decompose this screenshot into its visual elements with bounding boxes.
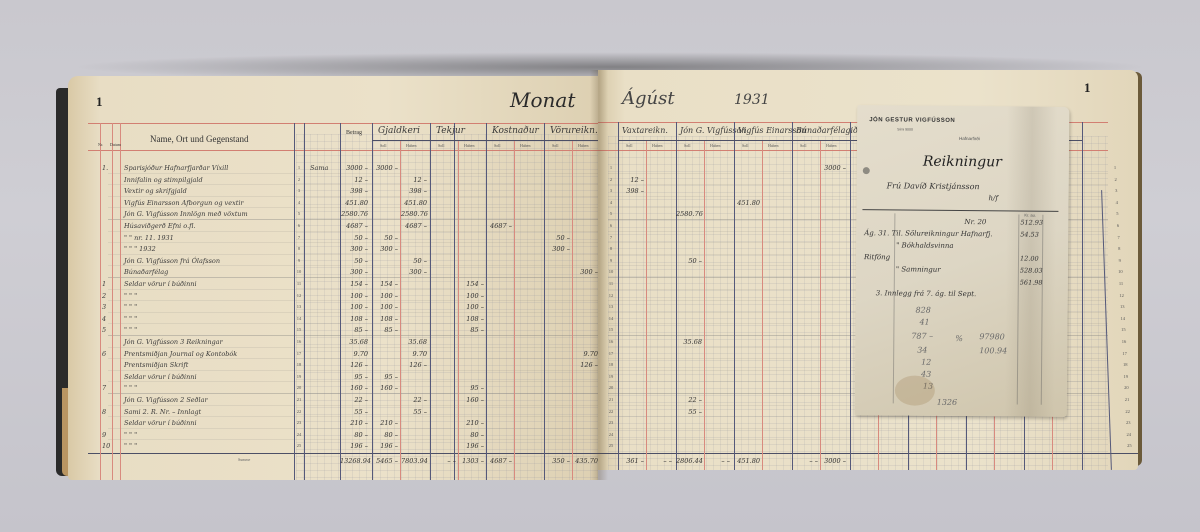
row-description: Sami 2. R. Nr. – Innlagt [124,408,201,416]
total-c2h: 1303 – [458,457,484,465]
soll-label: Soll [684,143,690,148]
account-header-rule [486,140,544,141]
soll-label: Soll [552,143,558,148]
row-c1h: 35.68 [401,338,427,346]
row-c2h: 210 – [458,419,484,427]
soll-haben-divider [514,140,515,480]
row-c3s: 4687 – [486,222,512,230]
row-betrag: 85 – [340,326,368,334]
row-number: 15 [294,327,304,332]
row-number: 23 [294,420,304,425]
account-column-line [792,122,793,470]
book-gutter [590,70,608,480]
row-c2h: 196 – [458,442,484,450]
total-c1s: 361 – [618,457,644,465]
pencil-note: 828 [916,306,931,315]
total-c1h: 7803.94 [401,457,427,465]
row-description: Seldar vörur í búðinni [124,280,197,288]
entry-number: 2 [102,292,106,300]
row-number: 4 [294,200,304,205]
row-description: Seldar vörur í búðinni [124,373,197,381]
row-c1h: 126 – [401,361,427,369]
row-c1h: 4687 – [401,222,427,230]
haben-label: Haben [406,143,416,148]
pencil-note: 12 [921,358,931,367]
soll-label: Soll [494,143,500,148]
row-number-right: 6 [1113,223,1123,228]
row-rule [608,439,1108,440]
pencil-note: 97980 [979,332,1005,341]
row-description: " " " [124,315,137,323]
row-number-right: 5 [1112,211,1122,216]
invoice-line-amount: 561.98 [1020,279,1043,287]
invoice-addressee-line2: h/f [989,194,999,202]
total-c1h: – – [646,457,672,465]
row-number-right: 17 [1120,351,1130,356]
row-betrag: 160 – [340,384,368,392]
row-number: 17 [294,351,304,356]
account-column-line [850,122,851,470]
invoice-line-amount: 528.03 [1020,267,1043,275]
entry-number: 9 [102,431,106,439]
row-c1s: 3000 – [372,164,398,172]
row-betrag: 50 – [340,234,368,242]
row-number: 21 [294,397,304,402]
pencil-note: 41 [919,318,929,327]
account-header-rule [734,140,792,141]
invoice-line-amount: 12.00 [1020,255,1039,263]
total-c3s: 451.80 [734,457,760,465]
row-description: " " nr. 11. 1931 [124,234,174,242]
row-rule [108,335,598,336]
soll-label: Soll [380,143,386,148]
row-rule [108,428,598,429]
row-number: 25 [294,443,304,448]
row-c1s: 50 – [372,234,398,242]
entry-c2s: 50 – [676,257,702,265]
row-description: Prentsmiðjan Skrift [124,361,188,369]
entry-number: 4 [102,315,106,323]
soll-haben-divider [820,140,821,470]
row-number-right: 16 [1119,339,1129,344]
row-number: 16 [294,339,304,344]
row-description: Prentsmiðjan Journal og Kontobók [124,350,237,358]
total-label: Summe [238,457,250,462]
entry-c2s: 55 – [676,408,702,416]
row-number-right: 2 [1111,177,1121,182]
row-c1s: 300 – [372,245,398,253]
haben-label: Haben [578,143,588,148]
row-description: " " " [124,303,137,311]
row-number-right: 20 [1121,385,1131,390]
invoice-place: Hafnarfirði [959,136,980,141]
row-rule [108,184,598,185]
soll-haben-divider [646,140,647,470]
entry-c3s: 451.80 [734,199,760,207]
total-rule [598,453,1138,454]
soll-label: Soll [800,143,806,148]
row-rule [108,196,598,197]
soll-label: Soll [438,143,444,148]
row-c1h: 12 – [401,176,427,184]
row-rule [108,207,598,208]
month-value: Ágúst [622,88,675,109]
row-rule [108,254,598,255]
account-header-3: Búnaðarfélagið [796,126,858,135]
account-column-line [430,123,431,480]
account-column-line [544,123,545,480]
row-number: 18 [294,362,304,367]
margin-line [112,123,113,480]
pencil-note: 100.94 [979,346,1007,355]
row-number-right: 22 [1123,409,1133,414]
row-number: 20 [294,385,304,390]
row-number-right: 21 [1122,397,1132,402]
row-betrag: 9.70 [340,350,368,358]
row-betrag: 210 – [340,419,368,427]
row-rule [108,358,598,359]
total-c1s: 5465 – [372,457,398,465]
row-number: 1 [294,165,304,170]
row-c1s: 154 – [372,280,398,288]
row-description: " " " [124,326,137,334]
row-number-right: 19 [1121,374,1131,379]
row-rule [108,300,598,301]
row-c1s: 95 – [372,373,398,381]
entry-number: 5 [102,326,106,334]
total-c4s: 350 – [544,457,570,465]
row-betrag: 50 – [340,257,368,265]
row-description: Jón G. Vigfússon 3 Reikningar [124,338,223,346]
entry-number: 1. [102,164,108,172]
row-betrag: 95 – [340,373,368,381]
account-header-0: Vaxtareikn. [622,126,668,135]
total-c3s: 4687 – [486,457,512,465]
row-betrag: 196 – [340,442,368,450]
row-c1h: 2580.76 [401,210,427,218]
ledger-left-page: 1 GjaldkeriSollHabenTekjurSollHabenKostn… [68,76,598,480]
row-description: Húsaviðgerð Efni o.fl. [124,222,196,230]
haben-label: Haben [652,143,662,148]
account-column-line [734,122,735,470]
row-number: 12 [294,293,304,298]
water-stain [895,375,935,405]
row-rule [108,405,598,406]
row-rule [108,416,598,417]
invoice-line-text: " Bókhaldsvinna [896,241,953,250]
invoice-line-text: Ritföng [864,253,890,261]
invoice-line-amount: 54.53 [1020,231,1039,239]
invoice-issuer-sub: Sími 9000 [897,127,913,131]
row-rule [108,242,598,243]
row-betrag: 300 – [340,245,368,253]
invoice-col-header: Kr. au. [1024,213,1036,218]
row-number-right: 25 [1124,443,1134,448]
invoice-title: Reikningur [923,154,1002,171]
row-c1s: 210 – [372,419,398,427]
row-number: 8 [294,246,304,251]
row-betrag: 451.80 [340,199,368,207]
total-rule [88,453,598,454]
row-description: Vigfús Einarsson Afborgun og vextir [124,199,244,207]
row-c1h: 9.70 [401,350,427,358]
row-number-right: 4 [1112,200,1122,205]
row-description: " " " 1932 [124,245,156,253]
entry-c1s: 12 – [618,176,644,184]
row-description: Jón G. Vigfússon 2 Seðlar [124,396,208,404]
row-number: 10 [294,269,304,274]
haben-label: Haben [826,143,836,148]
row-number: 11 [294,281,304,286]
row-c2h: 154 – [458,280,484,288]
row-c1h: 451.80 [401,199,427,207]
row-description: Jón G. Vigfússon frá Ólafsson [124,257,220,265]
row-number-right: 12 [1117,293,1127,298]
account-header-rule [618,140,676,141]
row-betrag: 300 – [340,268,368,276]
entry-c2s: 22 – [676,396,702,404]
row-betrag: 126 – [340,361,368,369]
row-rule [108,173,598,174]
haben-label: Haben [768,143,778,148]
total-c4h: 3000 – [820,457,846,465]
row-number: 9 [294,258,304,263]
year-value: 1931 [734,92,770,108]
entry-number: 7 [102,384,106,392]
total-c4s: – – [792,457,818,465]
invoice-line-amount: 512.93 [1020,219,1043,227]
col-betrag: Betrag [346,130,362,136]
row-description: Sparisjóður Hafnarfjarðar Víxill [124,164,228,172]
haben-label: Haben [710,143,720,148]
total-c2s: – – [430,457,456,465]
row-number: 22 [294,409,304,414]
row-betrag: 100 – [340,292,368,300]
account-header-rule [372,140,430,141]
row-number: 6 [294,223,304,228]
row-c2h: 108 – [458,315,484,323]
pencil-note: 787 – [911,332,933,341]
soll-haben-divider [762,140,763,470]
account-header-0: Gjaldkeri [378,126,420,136]
entry-c2s: 2580.76 [676,210,702,218]
margin-line [120,123,121,480]
account-header-rule [430,140,488,141]
entry-number: 6 [102,350,106,358]
row-number-right: 18 [1120,362,1130,367]
row-c1h: 398 – [401,187,427,195]
row-number-right: 3 [1111,188,1121,193]
pencil-note: 1326 [937,398,957,407]
row-c1h: 22 – [401,396,427,404]
row-number: 7 [294,235,304,240]
account-header-1: Jón G. Vigfússon [680,126,747,135]
row-betrag: 55 – [340,408,368,416]
invoice-line-text: 3. Innlegg frá 7. ág. til Sept. [876,289,977,298]
row-number-right: 24 [1124,432,1134,437]
row-c2h: 160 – [458,396,484,404]
row-description: Seldar vörur í búðinni [124,419,197,427]
account-header-1: Tekjur [436,126,465,136]
row-rule [108,370,598,371]
soll-label: Soll [626,143,632,148]
row-betrag: 80 – [340,431,368,439]
haben-label: Haben [464,143,474,148]
row-rule [108,381,598,382]
row-number-right: 7 [1114,235,1124,240]
entry-number: 3 [102,303,106,311]
row-number: 19 [294,374,304,379]
row-c4s: 50 – [544,234,570,242]
invoice-issuer: JÓN GESTUR VIGFÚSSON [869,117,955,124]
row-c2h: 85 – [458,326,484,334]
margin-line [100,123,101,480]
row-c1s: 160 – [372,384,398,392]
row-rule [108,277,598,278]
row-number: 24 [294,432,304,437]
row-rule [108,265,598,266]
entry-c1s: 398 – [618,187,644,195]
row-rule [108,219,598,220]
total-betrag: 13268.94 [340,457,368,465]
row-number-right: 14 [1118,316,1128,321]
row-number-right: 13 [1117,304,1127,309]
soll-label: Soll [742,143,748,148]
total-c2s: 2806.44 [676,457,702,465]
account-header-rule [792,140,850,141]
row-description: Vextir og skrifgjald [124,187,187,195]
row-rule [108,289,598,290]
row-betrag: 100 – [340,303,368,311]
row-c2h: 100 – [458,303,484,311]
row-c1s: 85 – [372,326,398,334]
col-nr: Nr. [98,142,103,147]
column-line [304,123,305,480]
entry-number: 1 [102,280,106,288]
row-betrag: 154 – [340,280,368,288]
header-rule [88,123,598,124]
row-c4s: 300 – [544,245,570,253]
entry-c4h: 3000 – [820,164,846,172]
page-number: 1 [96,94,103,110]
row-folio: Sama [310,164,328,172]
pencil-note: 34 [917,346,927,355]
invoice-line-text: " Samningur [896,265,941,273]
row-betrag: 108 – [340,315,368,323]
account-header-rule [676,140,734,141]
row-description: Jón G. Vigfússon Innlögn með vöxtum [124,210,248,218]
subheader-rule [88,150,598,151]
row-number: 13 [294,304,304,309]
row-number-right: 15 [1118,327,1128,332]
soll-haben-divider [572,140,573,480]
row-c2h: 100 – [458,292,484,300]
row-number: 14 [294,316,304,321]
row-description: " " " [124,384,137,392]
col-name: Name, Ort und Gegenstand [150,134,248,144]
account-column-line [486,123,487,480]
row-number-right: 10 [1115,269,1125,274]
row-c2h: 95 – [458,384,484,392]
row-rule [108,312,598,313]
row-c1s: 80 – [372,431,398,439]
row-betrag: 398 – [340,187,368,195]
row-number-right: 11 [1116,281,1126,286]
invoice-line-text: Ág. 31. Til. Sölureikningur Hafnarfj. [864,229,992,238]
account-column-line [676,122,677,470]
row-c1s: 196 – [372,442,398,450]
entry-number: 8 [102,408,106,416]
row-betrag: 35.68 [340,338,368,346]
tucked-invoice-slip: JÓN GESTUR VIGFÚSSON Sími 9000 Hafnarfir… [855,105,1070,417]
month-label: Monat [510,88,575,112]
pencil-note: % [955,334,963,343]
row-c1h: 300 – [401,268,427,276]
row-c2h: 80 – [458,431,484,439]
row-c1h: 55 – [401,408,427,416]
row-c1s: 100 – [372,292,398,300]
row-c1s: 108 – [372,315,398,323]
row-description: Innifalin og stimpilgjald [124,176,203,184]
row-number-right: 1 [1110,165,1120,170]
row-betrag: 22 – [340,396,368,404]
account-header-2: Kostnaður [492,126,539,136]
haben-label: Haben [520,143,530,148]
row-description: " " " [124,431,137,439]
row-rule [108,439,598,440]
row-c1s: 100 – [372,303,398,311]
row-betrag: 3000 – [340,164,368,172]
row-betrag: 12 – [340,176,368,184]
row-rule [108,347,598,348]
column-line [1082,122,1083,470]
row-number-right: 23 [1123,420,1133,425]
col-datum: Datum [110,142,121,147]
entry-number: 10 [102,442,110,450]
soll-haben-divider [704,140,705,470]
page-number: 1 [1084,80,1091,96]
row-rule [108,393,598,394]
row-betrag: 4687 – [340,222,368,230]
invoice-addressee: Frú Davíð Kristjánsson [887,181,980,191]
entry-c2s: 35.68 [676,338,702,346]
row-c1h: 50 – [401,257,427,265]
column-line [454,123,455,480]
row-betrag: 2580.76 [340,210,368,218]
total-c2h: – – [704,457,730,465]
row-number-right: 8 [1114,246,1124,251]
account-column-line [618,122,619,470]
row-rule [108,231,598,232]
row-description: " " " [124,292,137,300]
invoice-line-text: Nr. 20 [964,218,986,226]
row-number: 3 [294,188,304,193]
row-rule [108,323,598,324]
row-description: Búnaðarfélag [124,268,168,276]
row-number: 5 [294,211,304,216]
row-rule [608,428,1108,429]
row-number-right: 9 [1115,258,1125,263]
row-description: " " " [124,442,137,450]
punch-hole [863,167,870,174]
row-number: 2 [294,177,304,182]
